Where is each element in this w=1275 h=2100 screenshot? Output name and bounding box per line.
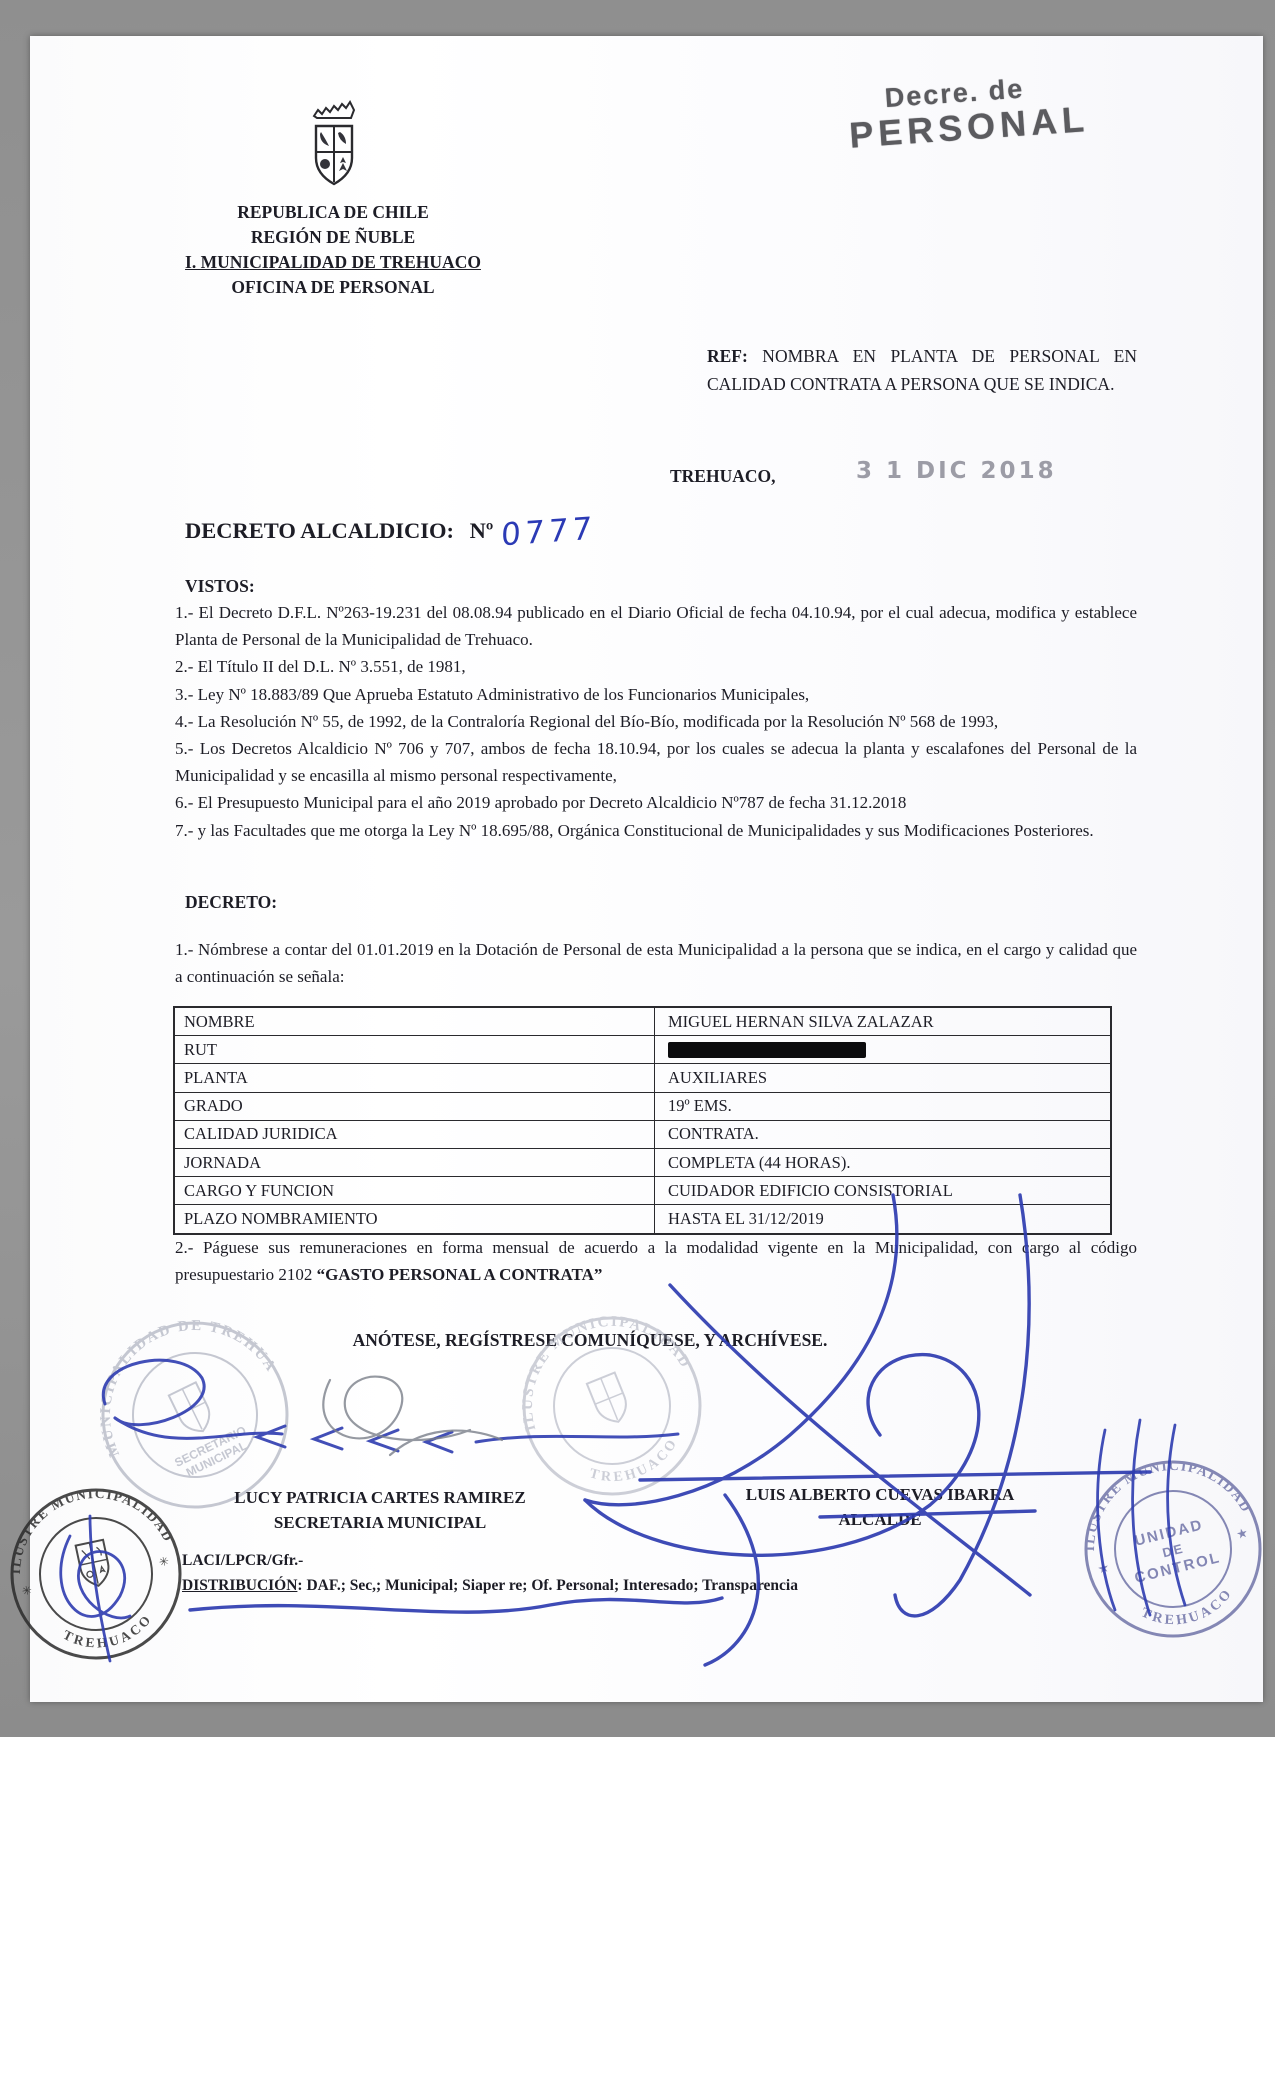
table-row-label: GRADO <box>175 1093 655 1120</box>
alcaldia-stamp-arc-top: ILUSTRE MUNICIPALIDAD <box>492 1286 694 1435</box>
vistos-item: 6.- El Presupuesto Municipal para el año… <box>175 789 1137 816</box>
vistos-item: 4.- La Resolución Nº 55, de 1992, de la … <box>175 708 1137 735</box>
table-row: CALIDAD JURIDICA CONTRATA. <box>175 1120 1110 1148</box>
drafting-initials: LACI/LPCR/Gfr.- <box>182 1552 303 1570</box>
letterhead-office: OFICINA DE PERSONAL <box>148 275 518 300</box>
table-row-value: AUXILIARES <box>655 1064 1110 1091</box>
table-row-value: COMPLETA (44 HORAS). <box>655 1149 1110 1176</box>
svg-text:TREHUACO: TREHUACO <box>58 1609 159 1659</box>
table-row-label: NOMBRE <box>175 1008 655 1035</box>
decree-number-handwritten: 0777 <box>501 511 597 554</box>
distribution-text: : DAF.; Sec,; Municipal; Siaper re; Of. … <box>297 1577 798 1594</box>
letterhead-municipality: I. MUNICIPALIDAD DE TREHUACO <box>148 250 518 275</box>
black-stamp-arc-bottom: TREHUACO <box>58 1609 159 1659</box>
vistos-heading: VISTOS: <box>185 576 255 597</box>
control-stamp-arc-bottom: TREHUACO <box>1136 1583 1241 1638</box>
table-row: RUT <box>175 1035 1110 1063</box>
vistos-item: 5.- Los Decretos Alcaldicio Nº 706 y 707… <box>175 735 1137 789</box>
table-row-value: MIGUEL HERNAN SILVA ZALAZAR <box>655 1008 1110 1035</box>
letterhead: REPUBLICA DE CHILE REGIÓN DE ÑUBLE I. MU… <box>148 200 518 300</box>
table-row: JORNADA COMPLETA (44 HORAS). <box>175 1148 1110 1176</box>
appointment-table: NOMBRE MIGUEL HERNAN SILVA ZALAZAR RUT P… <box>173 1006 1112 1235</box>
control-unit-seal-stamp: ILUSTRE MUNICIPALIDAD TREHUACO ★ ★ UNIDA… <box>1054 1430 1275 1668</box>
table-row-label: CALIDAD JURIDICA <box>175 1121 655 1148</box>
document-page: REPUBLICA DE CHILE REGIÓN DE ÑUBLE I. MU… <box>30 36 1263 1702</box>
decreto-paragraph-1: 1.- Nómbrese a contar del 01.01.2019 en … <box>175 936 1137 990</box>
vistos-item: 3.- Ley Nº 18.883/89 Que Aprueba Estatut… <box>175 681 1137 708</box>
mayor-title: ALCALDE <box>668 1510 1092 1530</box>
personnel-decree-stamp: Decre. de PERSONAL <box>846 66 1130 156</box>
table-row-label: RUT <box>175 1036 655 1063</box>
paragraph-2-budget-code: “GASTO PERSONAL A CONTRATA” <box>317 1265 603 1284</box>
table-row-value <box>655 1036 1110 1063</box>
svg-text:ILUSTRE MUNICIPALIDAD: ILUSTRE MUNICIPALIDAD <box>492 1286 694 1435</box>
control-stamp-star-left: ★ <box>1096 1559 1111 1576</box>
letterhead-region: REGIÓN DE ÑUBLE <box>148 225 518 250</box>
vistos-item: 1.- El Decreto D.F.L. Nº263-19.231 del 0… <box>175 599 1137 653</box>
table-row: CARGO Y FUNCION CUIDADOR EDIFICIO CONSIS… <box>175 1176 1110 1204</box>
distribution-label: DISTRIBUCIÓN <box>182 1577 297 1594</box>
table-row-value: CUIDADOR EDIFICIO CONSISTORIAL <box>655 1177 1110 1204</box>
table-row-label: PLANTA <box>175 1064 655 1091</box>
coat-of-arms-emblem <box>304 102 364 192</box>
place-label: TREHUACO, <box>670 466 776 487</box>
decree-title-label: DECRETO ALCALDICIO: <box>185 518 454 543</box>
svg-text:I. MUNICIPALIDAD DE TREHUACO: I. MUNICIPALIDAD DE TREHUACO <box>41 1266 284 1468</box>
table-row-value: CONTRATA. <box>655 1121 1110 1148</box>
reference-label: REF: <box>707 346 748 366</box>
decree-number-prefix: Nº <box>470 518 494 543</box>
letterhead-country: REPUBLICA DE CHILE <box>148 200 518 225</box>
date-stamp: 3 1 DIC 2018 <box>856 458 1057 484</box>
table-row-label: JORNADA <box>175 1149 655 1176</box>
table-row-label: PLAZO NOMBRAMIENTO <box>175 1205 655 1232</box>
distribution-line: DISTRIBUCIÓN: DAF.; Sec,; Municipal; Sia… <box>182 1577 798 1595</box>
decreto-heading: DECRETO: <box>185 892 277 913</box>
table-row: NOMBRE MIGUEL HERNAN SILVA ZALAZAR <box>175 1008 1110 1035</box>
scanned-decree-page: { "scan": { "header": { "line1": "REPUBL… <box>0 0 1275 2100</box>
gray-pen-scribble <box>323 1377 502 1455</box>
decree-title: DECRETO ALCALDICIO: Nº0777 <box>185 514 596 550</box>
vistos-item: 7.- y las Facultades que me otorga la Le… <box>175 817 1137 844</box>
secretary-title: SECRETARIA MUNICIPAL <box>155 1513 605 1533</box>
reference-text: NOMBRA EN PLANTA DE PERSONAL EN CALIDAD … <box>707 346 1137 394</box>
vistos-list: 1.- El Decreto D.F.L. Nº263-19.231 del 0… <box>175 599 1137 844</box>
black-stamp-star-right: ✳ <box>158 1554 171 1570</box>
table-row-label: CARGO Y FUNCION <box>175 1177 655 1204</box>
black-stamp-star-left: ✳ <box>21 1583 34 1599</box>
secretary-name: LUCY PATRICIA CARTES RAMIREZ <box>155 1488 605 1508</box>
table-row-value: HASTA EL 31/12/2019 <box>655 1205 1110 1232</box>
secretaria-stamp-arc-text: I. MUNICIPALIDAD DE TREHUACO <box>41 1266 284 1468</box>
vistos-item: 2.- El Título II del D.L. Nº 3.551, de 1… <box>175 653 1137 680</box>
reference-paragraph: REF: NOMBRA EN PLANTA DE PERSONAL EN CAL… <box>707 342 1137 398</box>
table-row: PLANTA AUXILIARES <box>175 1063 1110 1091</box>
svg-text:TREHUACO: TREHUACO <box>1136 1583 1241 1638</box>
mayor-name: LUIS ALBERTO CUEVAS IBARRA <box>668 1485 1092 1505</box>
rut-redaction-bar <box>668 1042 866 1058</box>
control-stamp-star-right: ★ <box>1235 1525 1250 1542</box>
table-row-value: 19º EMS. <box>655 1093 1110 1120</box>
table-row: GRADO 19º EMS. <box>175 1092 1110 1120</box>
table-row: PLAZO NOMBRAMIENTO HASTA EL 31/12/2019 <box>175 1204 1110 1232</box>
